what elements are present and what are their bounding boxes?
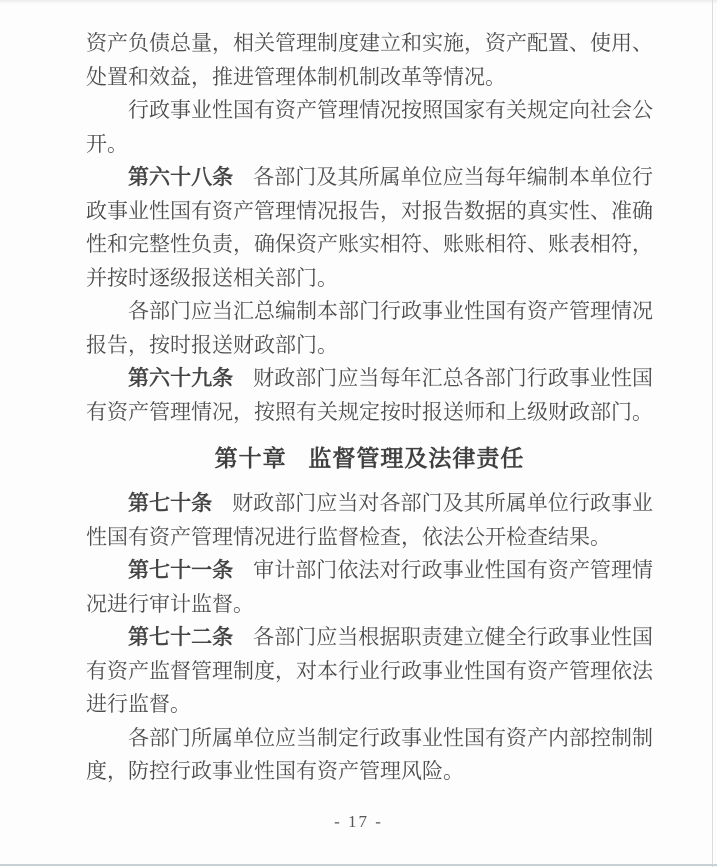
scan-edge-bottom — [0, 864, 717, 866]
chapter-heading: 第十章监督管理及法律责任 — [86, 441, 653, 475]
article-number: 第六十八条 — [128, 165, 233, 189]
article-number: 第七十条 — [128, 491, 212, 515]
paragraph: 第七十二条各部门应当根据职责建立健全行政事业性国有资产监督管理制度，对本行业行政… — [86, 621, 653, 722]
paragraph: 各部门应当汇总编制本部门行政事业性国有资产管理情况报告，按时报送财政部门。 — [86, 295, 653, 362]
chapter-title: 监督管理及法律责任 — [308, 445, 524, 471]
scan-edge-right — [712, 0, 713, 867]
page-number: - 17 - — [0, 812, 717, 832]
paragraph: 第七十一条审计部门依法对行政事业性国有资产管理情况进行审计监督。 — [86, 554, 653, 621]
article-number: 第六十九条 — [128, 366, 233, 390]
paragraph: 资产负债总量，相关管理制度建立和实施，资产配置、使用、处置和效益，推进管理体制机… — [86, 27, 653, 94]
paragraph: 第六十八条各部门及其所属单位应当每年编制本单位行政事业性国有资产管理情况报告，对… — [86, 161, 653, 295]
document-page: 资产负债总量，相关管理制度建立和实施，资产配置、使用、处置和效益，推进管理体制机… — [0, 0, 717, 867]
paragraph: 各部门所属单位应当制定行政事业性国有资产内部控制制度，防控行政事业性国有资产管理… — [86, 722, 653, 789]
document-body: 资产负债总量，相关管理制度建立和实施，资产配置、使用、处置和效益，推进管理体制机… — [86, 27, 653, 789]
article-number: 第七十二条 — [128, 625, 233, 649]
scan-edge-top — [0, 0, 717, 4]
paragraph: 行政事业性国有资产管理情况按照国家有关规定向社会公开。 — [86, 94, 653, 161]
paragraph: 第七十条财政部门应当对各部门及其所属单位行政事业性国有资产管理情况进行监督检查，… — [86, 487, 653, 554]
chapter-number: 第十章 — [215, 445, 287, 471]
article-number: 第七十一条 — [128, 558, 233, 582]
paragraph: 第六十九条财政部门应当每年汇总各部门行政事业性国有资产管理情况，按照有关规定按时… — [86, 362, 653, 429]
